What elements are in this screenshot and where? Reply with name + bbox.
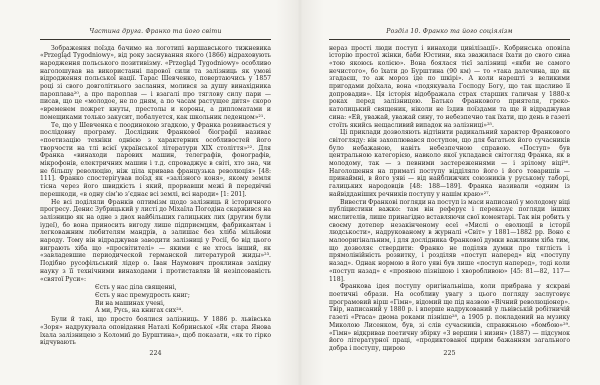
right-body-text: нераз прості люди поступ і винаходи циві… <box>329 45 570 353</box>
paragraph: Вивести Франкові погляди на поступ із ма… <box>329 199 570 284</box>
right-page: Розділ 10. Франко та його соціялізм нера… <box>300 0 600 385</box>
paragraph: Зображення поїзда бачимо на логотипі вар… <box>40 45 271 122</box>
paragraph: Те, що у Шевченка є поодинокою згадкою, … <box>40 122 271 199</box>
page-number-right: 225 <box>329 349 570 357</box>
verse-line: Ви на машинах учені, <box>95 300 271 308</box>
verse-quote: Єсть у нас діла священні, Єсть у нас пре… <box>95 284 271 315</box>
verse-line: А ми, Русь, на книгах сих²⁴. <box>95 307 271 315</box>
left-textblock: Частина друга. Франко та його світи Зобр… <box>40 28 271 347</box>
right-running-head: Розділ 10. Франко та його соціялізм <box>329 28 570 40</box>
left-running-head: Частина друга. Франко та його світи <box>40 28 271 40</box>
left-body-text: Зображення поїзда бачимо на логотипі вар… <box>40 45 271 347</box>
paragraph: нераз прості люди поступ і винаходи циві… <box>329 45 570 130</box>
verse-line: Єсть у нас діла священні, <box>95 284 271 292</box>
paragraph: Не всі поділяли Франків оптимізм щодо за… <box>40 199 271 284</box>
paragraph: Франкова ідея поступу оригінальніша, кол… <box>329 283 570 352</box>
verse-line: Єсть у нас премудрость книг; <box>95 292 271 300</box>
book-spread: Частина друга. Франко та його світи Зобр… <box>0 0 600 385</box>
left-page: Частина друга. Франко та його світи Зобр… <box>0 0 300 385</box>
paragraph: Були й такі, що просто боялися залізниць… <box>40 316 271 347</box>
right-textblock: Розділ 10. Франко та його соціялізм нера… <box>329 28 570 353</box>
paragraph: Ці приклади дозволяють відтінити радикал… <box>329 129 570 198</box>
page-number-left: 224 <box>40 349 271 357</box>
